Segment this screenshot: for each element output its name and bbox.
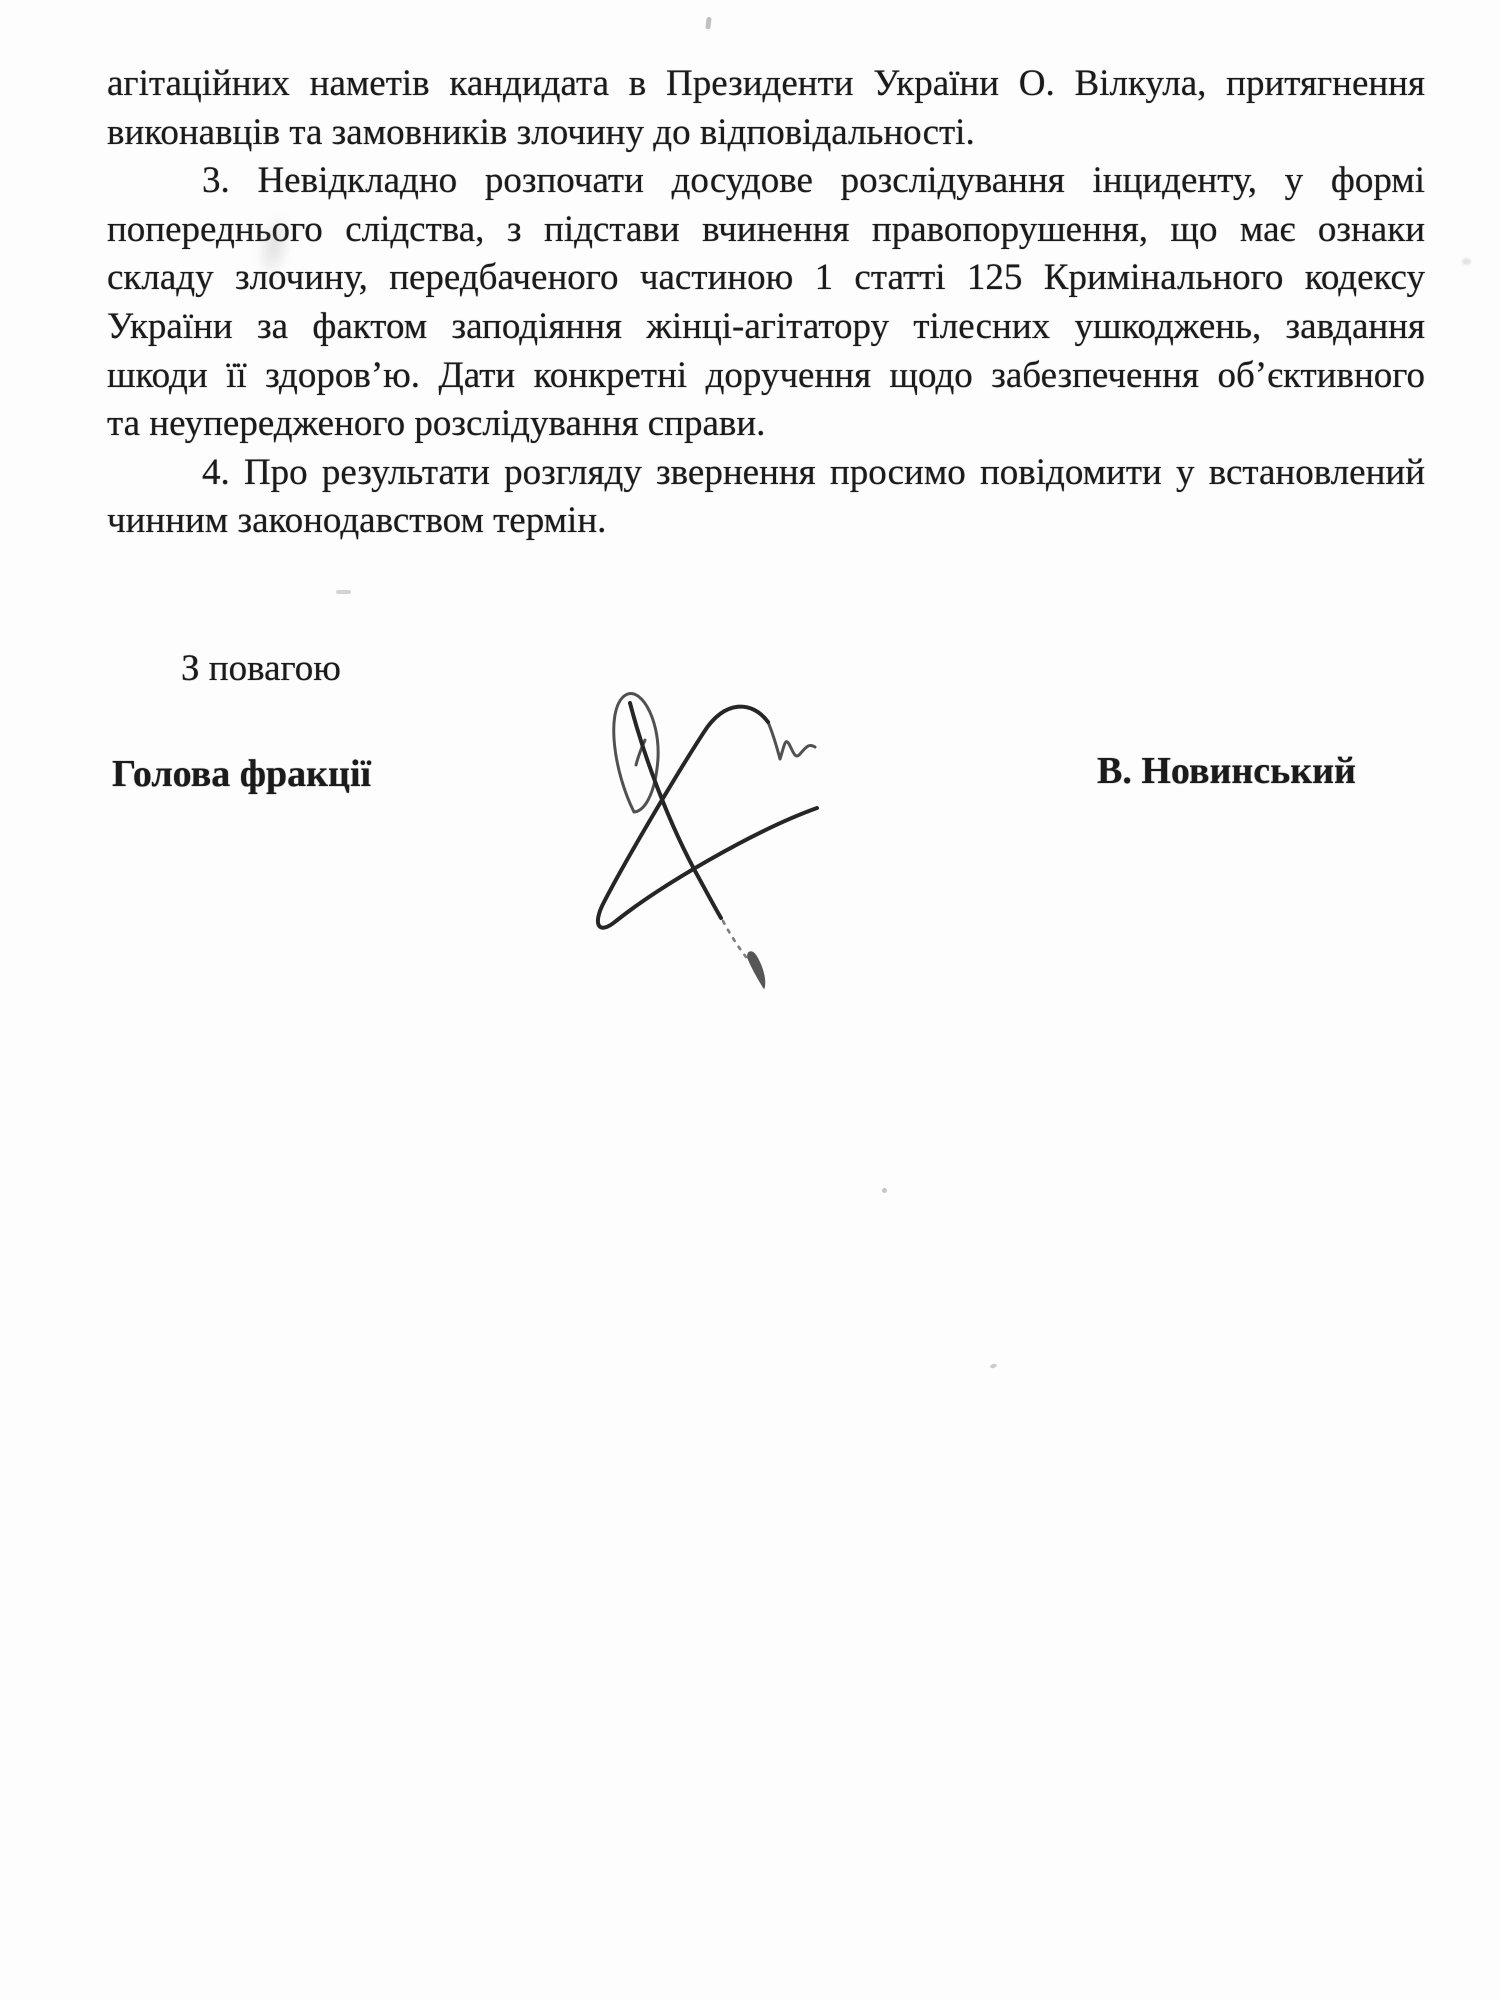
signer-title: Голова фракції: [112, 755, 371, 793]
scan-speck-top: [705, 17, 711, 30]
text-line: України за фактом заподіяння жінці-агіта…: [107, 303, 1425, 352]
scan-dot: [1462, 258, 1471, 265]
signer-name: В. Новинський: [1097, 752, 1356, 790]
scan-dot: [882, 1188, 887, 1193]
text-line: попереднього слідства, з підстави вчинен…: [107, 206, 1425, 255]
text-line: 3. Невідкладно розпочати досудове розслі…: [107, 157, 1425, 206]
text-line: виконавців та замовників злочину до відп…: [107, 109, 1425, 158]
text-line: чинним законодавством термін.: [107, 497, 1425, 546]
text-line: складу злочину, передбаченого частиною 1…: [107, 254, 1425, 303]
scanned-letter-page: агітаційних наметів кандидата в Президен…: [0, 0, 1500, 1999]
signature-scribble: [548, 648, 908, 1008]
text-line: та неупередженого розслідування справи.: [107, 400, 1425, 449]
scan-dash: [336, 590, 351, 594]
text-line: шкоди її здоров’ю. Дати конкретні доруче…: [107, 352, 1425, 401]
text-line: агітаційних наметів кандидата в Президен…: [107, 60, 1425, 109]
document-body: агітаційних наметів кандидата в Президен…: [107, 60, 1425, 546]
closing-salutation: З повагою: [181, 650, 341, 687]
scan-dot: [990, 1363, 998, 1369]
text-line: 4. Про результати розгляду звернення про…: [107, 449, 1425, 498]
